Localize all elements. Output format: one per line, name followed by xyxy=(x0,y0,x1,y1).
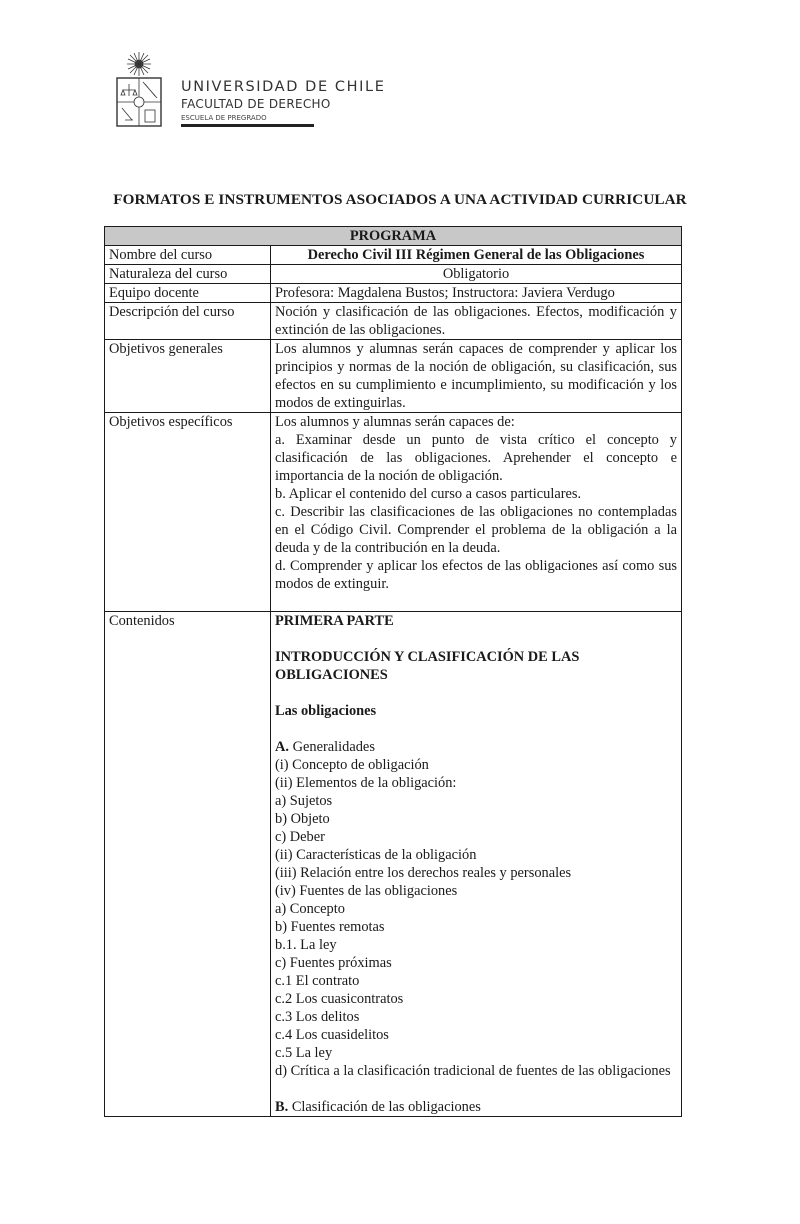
contents-a-heading: A. Generalidades xyxy=(275,738,677,756)
nature-value: Obligatorio xyxy=(271,265,682,284)
contents-critique: d) Crítica a la clasificación tradiciona… xyxy=(275,1062,677,1080)
contents-item: (iv) Fuentes de las obligaciones xyxy=(275,882,677,900)
contents-item: c.1 El contrato xyxy=(275,972,677,990)
contents-a-prefix: A. xyxy=(275,739,289,755)
specific-objective-item: d. Comprender y aplicar los efectos de l… xyxy=(275,557,677,593)
contents-part: PRIMERA PARTE xyxy=(275,612,677,630)
specific-objective-item: a. Examinar desde un punto de vista crít… xyxy=(275,431,677,485)
program-heading: PROGRAMA xyxy=(105,227,682,246)
table-row: Equipo docente Profesora: Magdalena Bust… xyxy=(105,284,682,303)
specific-objectives-value: Los alumnos y alumnas serán capaces de: … xyxy=(271,413,682,612)
table-row: Contenidos PRIMERA PARTE INTRODUCCIÓN Y … xyxy=(105,612,682,1117)
course-name-value: Derecho Civil III Régimen General de las… xyxy=(271,246,682,265)
specific-objectives-intro: Los alumnos y alumnas serán capaces de: xyxy=(275,413,677,431)
contents-item: (iii) Relación entre los derechos reales… xyxy=(275,864,677,882)
program-header-row: PROGRAMA xyxy=(105,227,682,246)
contents-section-title: INTRODUCCIÓN Y CLASIFICACIÓN DE LAS OBLI… xyxy=(275,648,605,684)
row-label: Descripción del curso xyxy=(105,303,271,340)
program-table: PROGRAMA Nombre del curso Derecho Civil … xyxy=(104,226,682,1117)
program-table-container: PROGRAMA Nombre del curso Derecho Civil … xyxy=(104,226,682,1117)
contents-value: PRIMERA PARTE INTRODUCCIÓN Y CLASIFICACI… xyxy=(271,612,682,1117)
specific-objective-item: b. Aplicar el contenido del curso a caso… xyxy=(275,485,677,503)
contents-b-prefix: B. xyxy=(275,1099,288,1115)
contents-item: c.5 La ley xyxy=(275,1044,677,1062)
description-value: Noción y clasificación de las obligacion… xyxy=(271,303,682,340)
contents-item: a) Sujetos xyxy=(275,792,677,810)
contents-item: b.1. La ley xyxy=(275,936,677,954)
university-logo: UNIVERSIDAD DE CHILE FACULTAD DE DERECHO… xyxy=(113,50,313,130)
table-row: Naturaleza del curso Obligatorio xyxy=(105,265,682,284)
faculty-name: FACULTAD DE DERECHO xyxy=(181,97,331,111)
specific-objective-item: c. Describir las clasificaciones de las … xyxy=(275,503,677,557)
contents-item: c) Deber xyxy=(275,828,677,846)
contents-item: c) Fuentes próximas xyxy=(275,954,677,972)
contents-list: (i) Concepto de obligación(ii) Elementos… xyxy=(275,756,677,1062)
contents-item: b) Objeto xyxy=(275,810,677,828)
row-label: Equipo docente xyxy=(105,284,271,303)
contents-item: (ii) Elementos de la obligación: xyxy=(275,774,677,792)
contents-b-heading: B. Clasificación de las obligaciones xyxy=(275,1098,677,1116)
table-row: Objetivos específicos Los alumnos y alum… xyxy=(105,413,682,612)
school-name: ESCUELA DE PREGRADO xyxy=(181,114,267,122)
row-label: Objetivos específicos xyxy=(105,413,271,612)
general-objectives-value: Los alumnos y alumnas serán capaces de c… xyxy=(271,340,682,413)
contents-item: a) Concepto xyxy=(275,900,677,918)
university-name: UNIVERSIDAD DE CHILE xyxy=(181,79,385,95)
row-label: Objetivos generales xyxy=(105,340,271,413)
team-value: Profesora: Magdalena Bustos; Instructora… xyxy=(271,284,682,303)
contents-item: b) Fuentes remotas xyxy=(275,918,677,936)
row-label: Contenidos xyxy=(105,612,271,1117)
contents-subsection: Las obligaciones xyxy=(275,702,677,720)
university-crest-icon xyxy=(113,50,165,130)
row-label: Naturaleza del curso xyxy=(105,265,271,284)
table-row: Nombre del curso Derecho Civil III Régim… xyxy=(105,246,682,265)
document-title: FORMATOS E INSTRUMENTOS ASOCIADOS A UNA … xyxy=(0,191,800,209)
contents-item: (ii) Características de la obligación xyxy=(275,846,677,864)
contents-item: c.2 Los cuasicontratos xyxy=(275,990,677,1008)
contents-item: (i) Concepto de obligación xyxy=(275,756,677,774)
contents-item: c.4 Los cuasidelitos xyxy=(275,1026,677,1044)
contents-b-title: Clasificación de las obligaciones xyxy=(292,1099,481,1115)
contents-a-title: Generalidades xyxy=(293,739,375,755)
table-row: Descripción del curso Noción y clasifica… xyxy=(105,303,682,340)
table-row: Objetivos generales Los alumnos y alumna… xyxy=(105,340,682,413)
contents-item: c.3 Los delitos xyxy=(275,1008,677,1026)
row-label: Nombre del curso xyxy=(105,246,271,265)
logo-underline xyxy=(181,124,314,127)
